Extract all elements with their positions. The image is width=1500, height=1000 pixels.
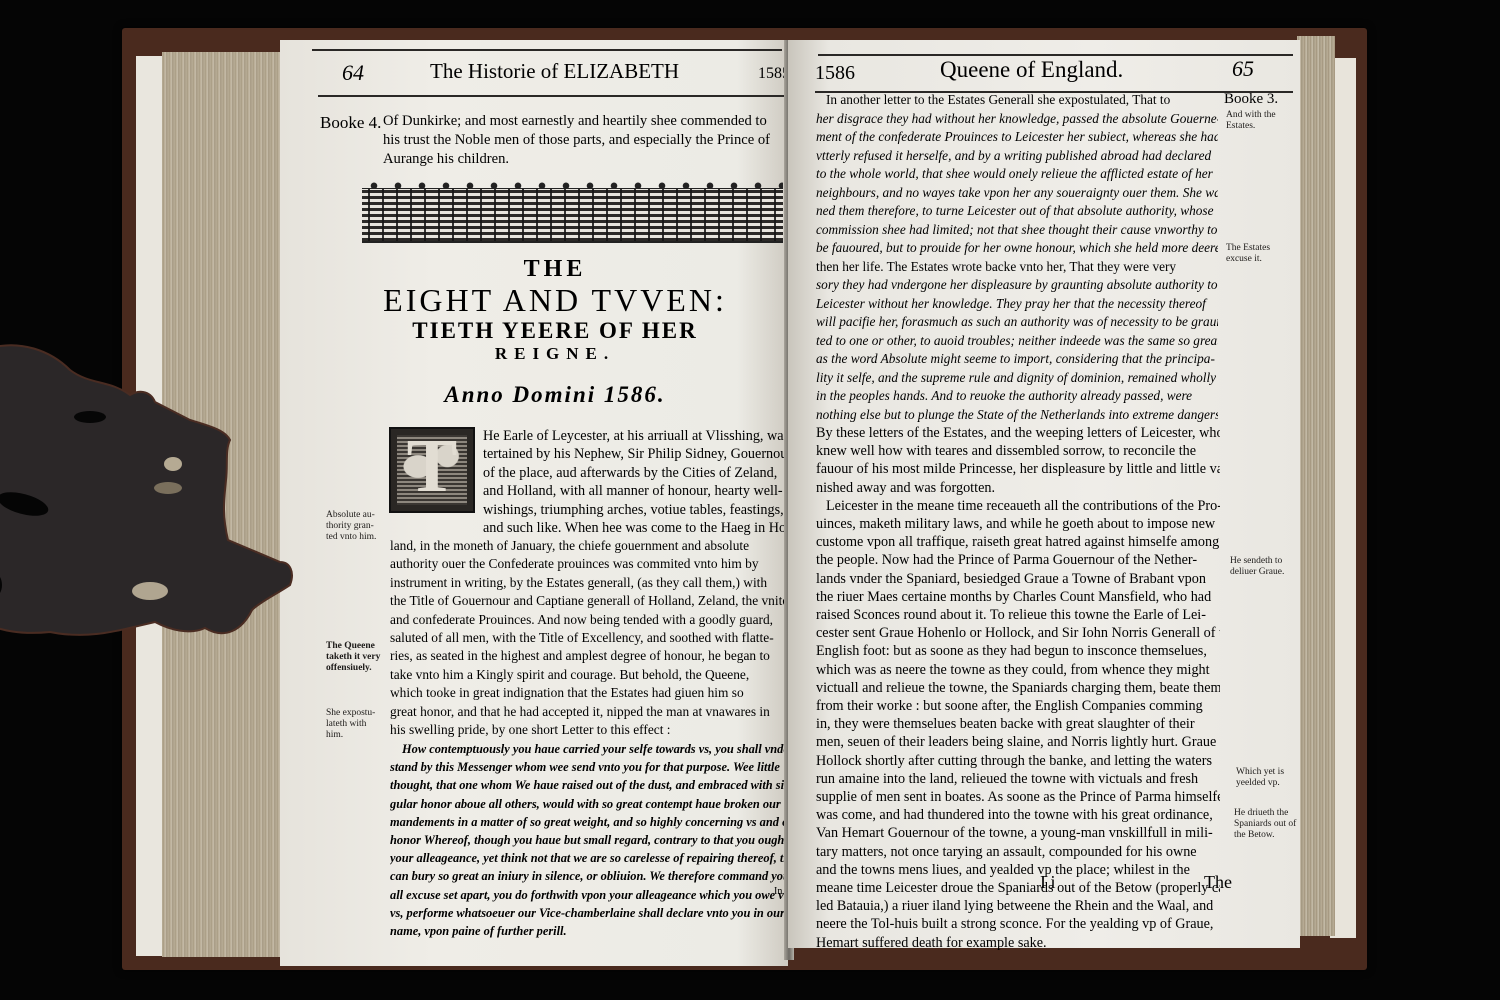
text-line: He Earle of Leycester, at his arriuall a… <box>483 427 785 445</box>
text-line: neere the Tol-huis built a strong sconce… <box>816 915 1220 933</box>
text-line: English foot: but as soone as they had b… <box>816 642 1220 660</box>
text-line: will pacifie her, forasmuch as such an a… <box>816 313 1218 332</box>
text-line: led Batauia,) a riuer iland lying betwee… <box>816 897 1220 915</box>
text-line: authority ouer the Confederate prouinces… <box>390 555 785 573</box>
text-line: neighbours, and no wayes take vpon her a… <box>816 184 1218 203</box>
text-line: By these letters of the Estates, and the… <box>816 424 1220 442</box>
text-line: raised Sconces round about it. To relieu… <box>816 606 1220 624</box>
body-right-main: By these letters of the Estates, and the… <box>816 424 1220 952</box>
book-label-left: Booke 4. <box>320 113 381 133</box>
text-line: her disgrace they had without her knowle… <box>816 110 1218 129</box>
text-line: commission shee had limited; not that sh… <box>816 221 1218 240</box>
text-line: ries, as seated in the highest and ample… <box>390 647 785 665</box>
text-line: of the place, aud afterwards by the Citi… <box>483 464 785 482</box>
page-number-right: 65 <box>1232 56 1254 82</box>
body-right-letter: In another letter to the Estates General… <box>816 91 1218 424</box>
margin-note-absolute-authority: Absolute au- thority gran- ted vnto him. <box>326 510 382 543</box>
text-line: uinces, maketh military laws, and while … <box>816 515 1220 533</box>
year-right: 1586 <box>815 62 855 85</box>
chapter-title-line4: REIGNE. <box>320 344 790 364</box>
chapter-title-line3: TIETH YEERE OF HER <box>320 318 790 344</box>
text-line: How contemptuously you haue carried your… <box>390 740 785 758</box>
text-line: run amaine into the land, relieued the t… <box>816 770 1220 788</box>
running-head-left: The Historie of ELIZABETH <box>430 59 679 84</box>
text-line: ned them therefore, to turne Leicester o… <box>816 202 1218 221</box>
text-line: and the towns mens liues, and yealded vp… <box>816 861 1220 879</box>
text-line: ted to one or other, to auoid troubles; … <box>816 332 1218 351</box>
decorative-headpiece <box>362 188 783 243</box>
text-line: land, in the moneth of January, the chie… <box>390 537 785 555</box>
margin-note-expostulateth: She expostu- lateth with him. <box>326 708 382 741</box>
text-line: lands vnder the Spaniard, besiedged Grau… <box>816 570 1220 588</box>
text-line: meane time Leicester droue the Spaniards… <box>816 879 1220 897</box>
text-line: his swelling pride, by one short Letter … <box>390 721 785 739</box>
text-line: be fauoured, but to prouide for her owne… <box>816 239 1218 258</box>
text-line: nished away and was forgotten. <box>816 479 1220 497</box>
text-line: and such like. When hee was come to the … <box>483 519 785 537</box>
text-line: Aurange his children. <box>383 150 783 169</box>
chapter-title-line2: EIGHT AND TVVEN: <box>320 282 790 319</box>
page-number-left: 64 <box>342 60 364 86</box>
text-line: the Title of Gouernour and Captiane gene… <box>390 592 785 610</box>
text-line: as the word Absolute might seeme to impo… <box>816 350 1218 369</box>
text-line: Leicester in the meane time receaueth al… <box>816 497 1220 515</box>
text-line: fauour of his most milde Princesse, her … <box>816 460 1220 478</box>
book-label-right: Booke 3. <box>1224 91 1278 108</box>
text-line: Van Hemart Gouernour of the towne, a you… <box>816 824 1220 842</box>
text-line: cester sent Graue Hohenlo or Hollock, an… <box>816 624 1220 642</box>
running-head-right: Queene of England. <box>940 57 1123 83</box>
header-rule-top-right <box>818 54 1293 56</box>
text-line: which was as neere the towne as they cou… <box>816 661 1220 679</box>
text-line: in, they were themselues beaten backe wi… <box>816 715 1220 733</box>
signature-mark: I i <box>1040 872 1056 893</box>
body-beside-dropcap: He Earle of Leycester, at his arriuall a… <box>483 427 785 537</box>
text-line: Hemart suffered death for example sake. <box>816 934 1220 952</box>
margin-note-with-estates: And with the Estates. <box>1226 110 1290 132</box>
text-line: lity it selfe, and the supreme rule and … <box>816 369 1218 388</box>
text-line: the people. Now had the Prince of Parma … <box>816 551 1220 569</box>
text-line: which tooke in great indignation that th… <box>390 684 785 702</box>
text-line: great honor, and that he had accepted it… <box>390 703 785 721</box>
text-line: Of Dunkirke; and most earnestly and hear… <box>383 112 783 131</box>
text-line: tertained by his Nephew, Sir Philip Sidn… <box>483 445 785 463</box>
text-line: to the whole world, that shee would onel… <box>816 165 1218 184</box>
text-line: take vnto him a Kingly spirit and courag… <box>390 666 785 684</box>
text-line: custome vpon all traffique, raiseth grea… <box>816 533 1220 551</box>
dropcap-letter: T <box>391 423 473 510</box>
text-line: knew well how with teares and dissembled… <box>816 442 1220 460</box>
woodcut-dropcap: T <box>389 427 475 513</box>
text-line: stand by this Messenger whom wee send vn… <box>390 758 785 776</box>
text-line: thought, that one whom We haue raised ou… <box>390 776 785 794</box>
text-line: victuall and relieue the towne, the Span… <box>816 679 1220 697</box>
catchword-right: The <box>1204 872 1232 893</box>
queen-letter: How contemptuously you haue carried your… <box>390 740 785 940</box>
text-line: can bury so great an iniury in silence, … <box>390 867 785 885</box>
text-line: the riuer Maes certaine months by Charle… <box>816 588 1220 606</box>
text-line: sory they had vndergone her displeasure … <box>816 276 1218 295</box>
text-line: nothing else but to plunge the State of … <box>816 406 1218 425</box>
text-line: and Holland, with all manner of honour, … <box>483 482 785 500</box>
body-left-main: land, in the moneth of January, the chie… <box>390 537 785 739</box>
right-page-edges <box>1297 36 1335 936</box>
text-line: in the peoples hands. And to reuoke the … <box>816 387 1218 406</box>
text-line: In another letter to the Estates General… <box>816 91 1218 110</box>
text-line: Hollock shortly after cutting through th… <box>816 752 1220 770</box>
text-line: Leicester without her knowledge. They pr… <box>816 295 1218 314</box>
header-rule-top-left <box>312 49 782 51</box>
margin-note-estates-excuse: The Estates excuse it. <box>1226 243 1286 265</box>
margin-note-yeelded: Which yet is yeelded vp. <box>1236 767 1296 789</box>
text-line: from their worke : but soone after, the … <box>816 697 1220 715</box>
text-line: then her life. The Estates wrote backe v… <box>816 258 1218 277</box>
text-line: and confederate Prouinces. And now being… <box>390 611 785 629</box>
text-line: your alleageance, yet think not that we … <box>390 849 785 867</box>
text-line: vs, performe whatsoeuer our Vice-chamber… <box>390 904 785 922</box>
intro-paragraph: Of Dunkirke; and most earnestly and hear… <box>383 112 783 169</box>
text-line: gular honor aboue all others, would with… <box>390 795 785 813</box>
text-line: was come, and had thundered into the tow… <box>816 806 1220 824</box>
header-rule-left <box>318 95 784 97</box>
text-line: vtterly refused it herselfe, and by a wr… <box>816 147 1218 166</box>
anno-domini: Anno Domini 1586. <box>320 382 790 408</box>
margin-note-queen-offended: The Queene taketh it very offensiuely. <box>326 641 382 674</box>
text-line: supplie of men sent in boates. As soone … <box>816 788 1220 806</box>
text-line: ment of the confederate Prouinces to Lei… <box>816 128 1218 147</box>
text-line: his trust the Noble men of those parts, … <box>383 131 783 150</box>
text-line: wishings, triumphing arches, votiue tabl… <box>483 501 785 519</box>
text-line: mandements in a matter of so great weigh… <box>390 813 785 831</box>
margin-note-deliuer-graue: He sendeth to deliuer Graue. <box>1230 556 1294 578</box>
text-line: all excuse set apart, you do forthwith v… <box>390 886 785 904</box>
text-line: men, seuen of their leaders being slaine… <box>816 733 1220 751</box>
text-line: tary matters, not once tarying an assaul… <box>816 843 1220 861</box>
catchword-left: In <box>774 886 782 897</box>
margin-note-driueth-spaniards: He driueth the Spaniards out of the Beto… <box>1234 808 1300 841</box>
text-line: instrument in writing, by the Estates ge… <box>390 574 785 592</box>
text-line: name, vpon paine of further perill. <box>390 922 785 940</box>
chapter-title-the: THE <box>320 256 790 283</box>
metal-page-weight <box>0 340 308 640</box>
text-line: saluted of all men, with the Title of Ex… <box>390 629 785 647</box>
text-line: honor Whereof, though you haue but small… <box>390 831 785 849</box>
